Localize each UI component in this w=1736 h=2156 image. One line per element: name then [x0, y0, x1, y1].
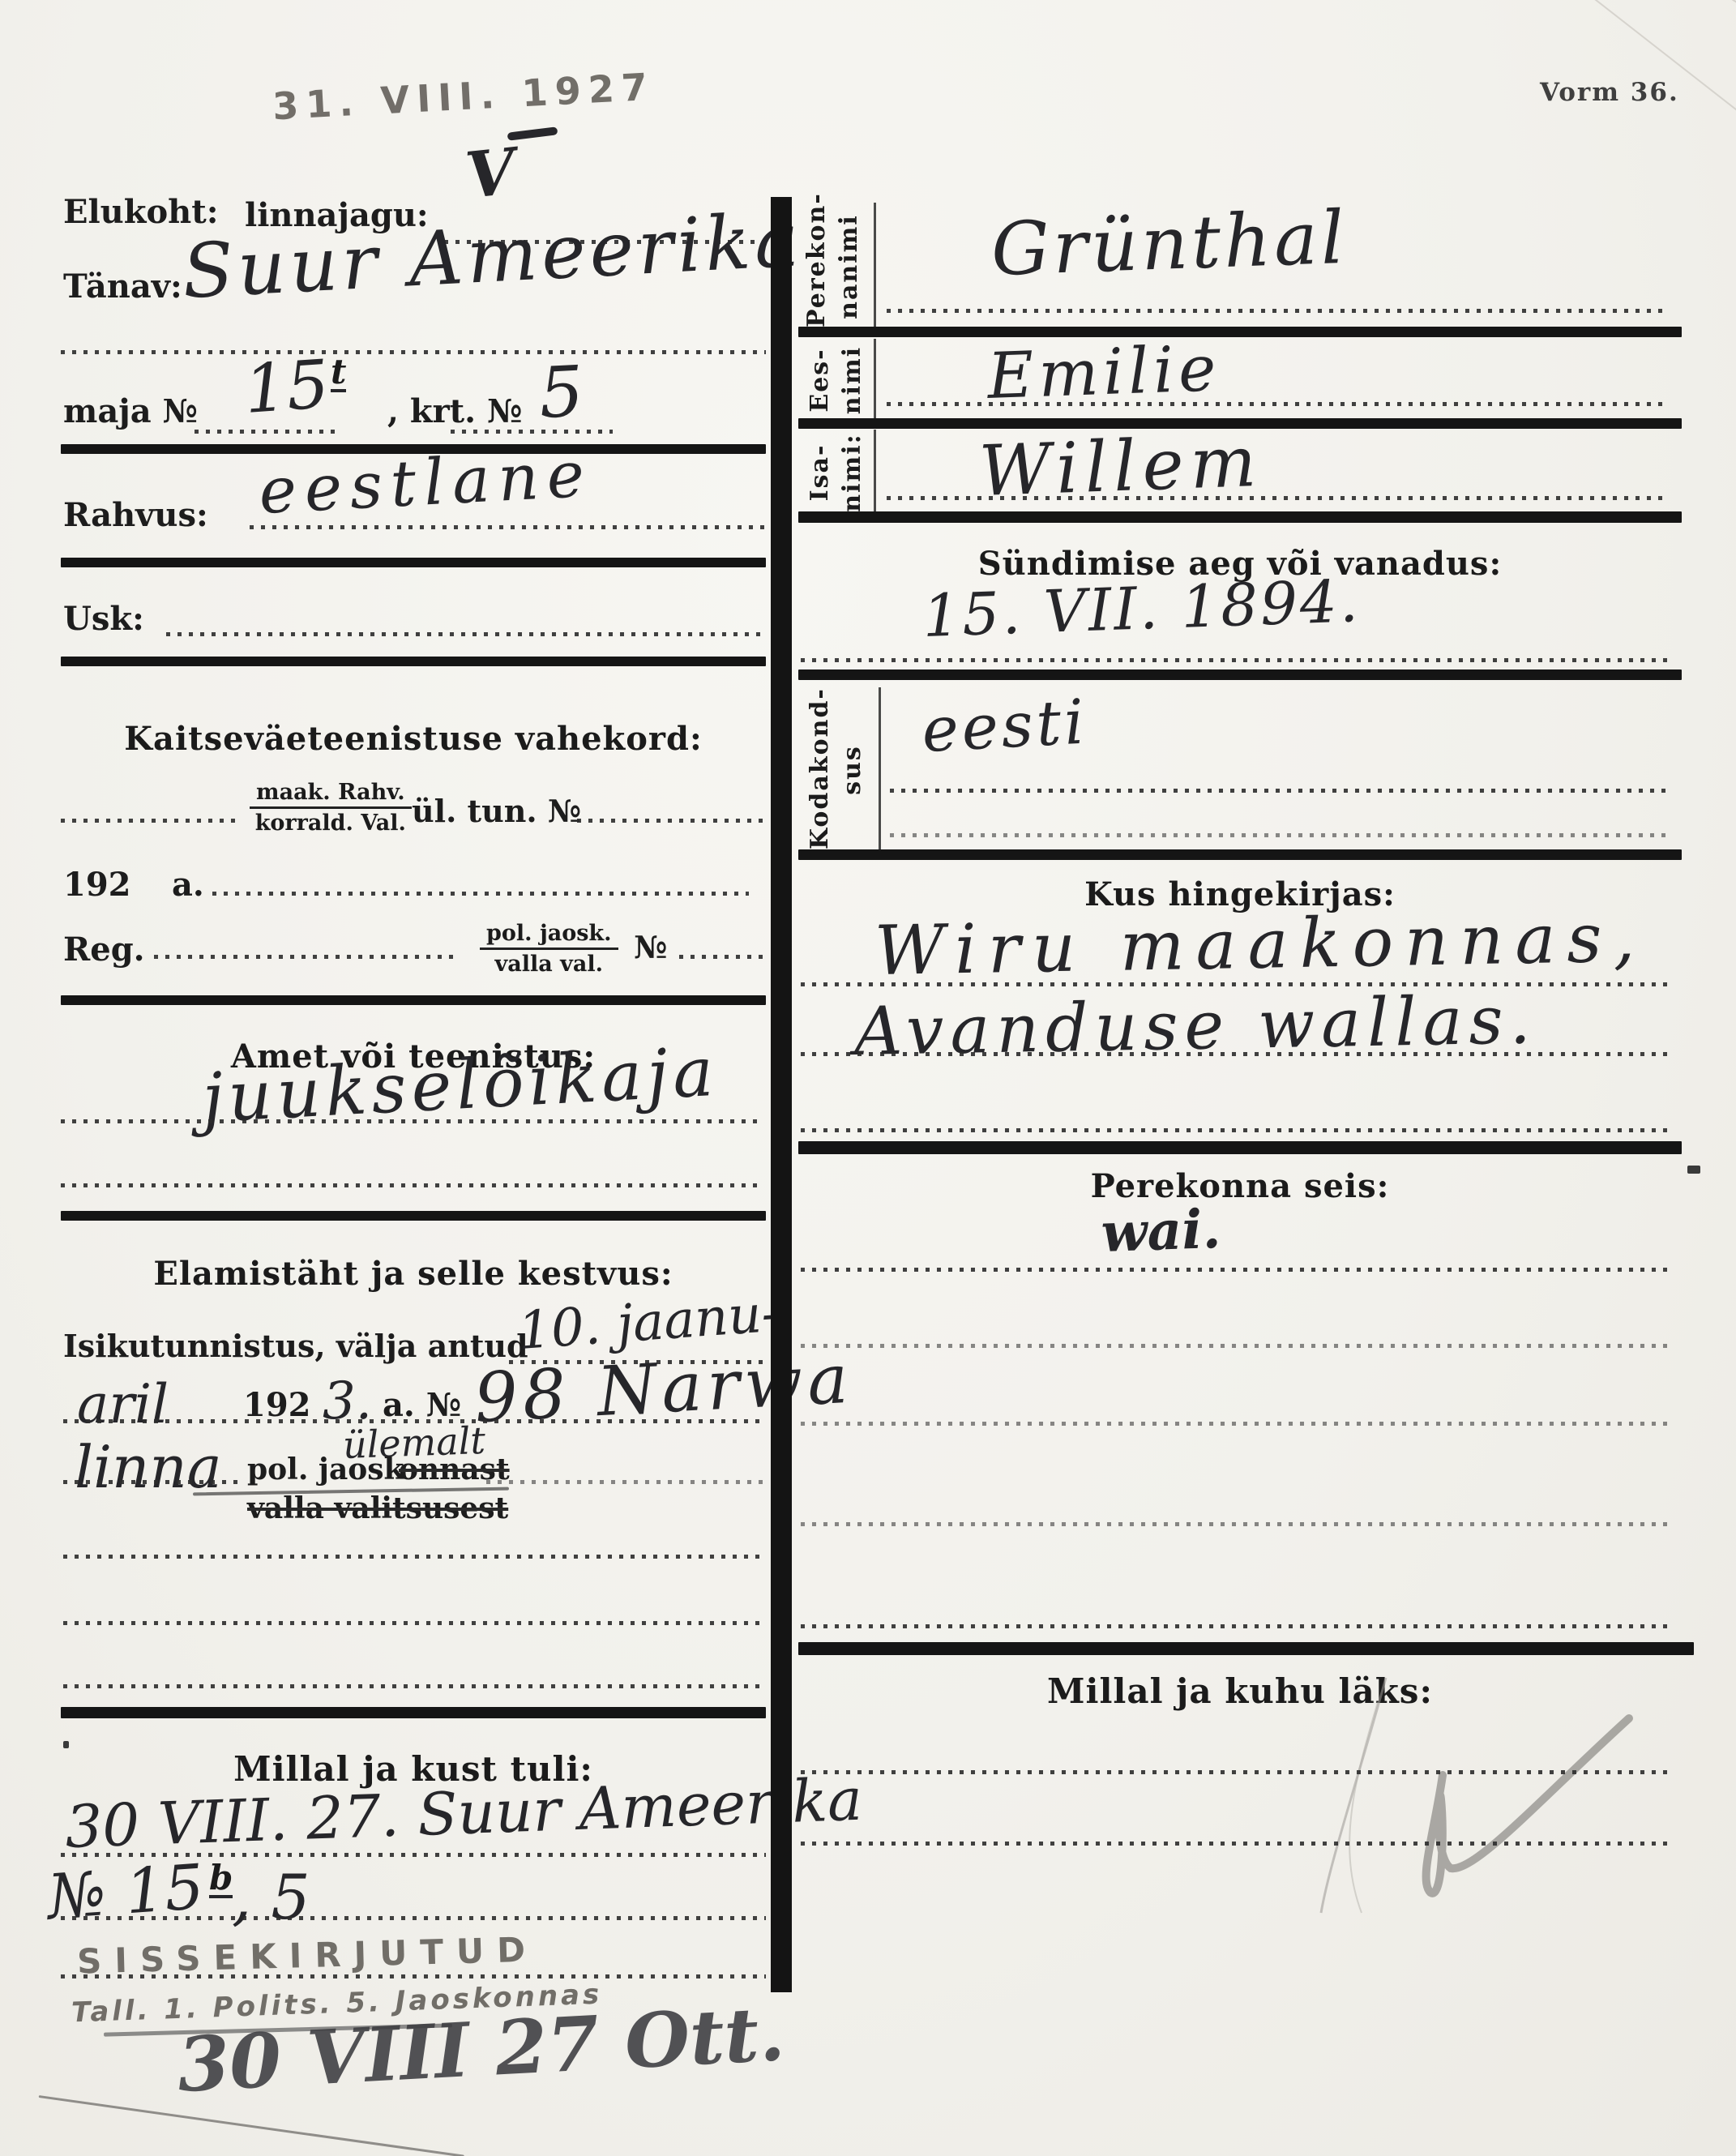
- hingekirjas-value-1: Wiru maakonnas,: [874, 897, 1647, 990]
- dotted-line: [486, 1480, 766, 1484]
- label-rule: [879, 687, 881, 853]
- dotted-line: [63, 1621, 766, 1625]
- label-rule: [874, 203, 876, 331]
- maja-number-value: 15: [242, 346, 331, 429]
- sissekirjutud-stamp: SISSEKIRJUTUD: [76, 1930, 538, 1982]
- isiku-a-label: a. №: [383, 1386, 461, 1424]
- dotted-line: [801, 1522, 1668, 1526]
- dotted-line: [801, 1128, 1668, 1132]
- form-number: Vorm 36.: [1540, 78, 1679, 107]
- perekonnanimi-label: Perekon- nanimi: [801, 206, 866, 327]
- ul-tun-label: ül. tun. №: [412, 793, 581, 829]
- dotted-line: [890, 789, 1666, 793]
- section-rule: [61, 1707, 766, 1718]
- tuli-value-2-sup: b: [209, 1861, 233, 1898]
- eesnimi-label-line1: Ees-: [806, 348, 834, 412]
- maja-number-sup: t: [331, 355, 346, 392]
- dotted-line: [801, 1422, 1668, 1426]
- reg-no-sign: №: [634, 929, 667, 965]
- pencil-scribble: [1175, 1670, 1694, 1929]
- dotted-line: [801, 1770, 1671, 1774]
- dotted-line: [212, 892, 749, 896]
- fraction-top: pol. jaosk.: [480, 921, 618, 950]
- dotted-line: [61, 1916, 766, 1920]
- reg-label: Reg.: [63, 930, 145, 969]
- dotted-line: [154, 955, 454, 959]
- valla-struck: valla valitsusest: [247, 1491, 508, 1525]
- fraction-bottom: valla val.: [495, 950, 603, 977]
- dotted-line: [801, 982, 1668, 986]
- section-rule: [61, 995, 766, 1005]
- dotted-line: [250, 525, 766, 529]
- dotted-line: [61, 1974, 766, 1978]
- fraction-top: maak. Rahv.: [250, 780, 412, 809]
- tuli-value-2: № 15: [45, 1850, 207, 1933]
- dotted-line: [61, 1119, 762, 1123]
- dotted-line: [887, 309, 1666, 313]
- section-rule: [61, 1211, 766, 1221]
- row-rule: [798, 1141, 1682, 1154]
- fraction-bottom: korrald. Val.: [255, 809, 406, 836]
- isanimi-label-line1: Isa-: [806, 444, 834, 502]
- dotted-line: [801, 1344, 1668, 1348]
- elukoht-label: Elukoht:: [63, 193, 218, 231]
- pol-jaosk-printed: pol. jaosk: [247, 1452, 404, 1487]
- maak-rahv-fraction: maak. Rahv. korrald. Val.: [250, 780, 412, 836]
- year-printed: 192: [63, 866, 131, 904]
- isiku-year-printed: 192: [243, 1386, 311, 1424]
- perekonnanimi-value: Grünthal: [990, 195, 1349, 293]
- handwritten-dash: [507, 126, 558, 140]
- isiku-date-value-2: aril: [77, 1373, 169, 1435]
- date-stamp: 31. VIII. 1927: [272, 65, 656, 129]
- isiku-town-value: linna: [75, 1433, 222, 1501]
- dotted-line: [801, 1842, 1671, 1846]
- kodakondsus-label-line1: Kodakond-: [806, 687, 834, 849]
- row-rule: [798, 511, 1682, 523]
- dotted-line: [166, 632, 766, 636]
- kodakondsus-label: Kodakond- sus: [804, 691, 869, 849]
- eesnimi-label: Ees- nimi: [804, 340, 869, 420]
- dotted-line: [679, 955, 765, 959]
- usk-label: Usk:: [63, 600, 144, 638]
- label-rule: [874, 339, 876, 420]
- maja-label: maja №: [63, 392, 198, 430]
- krt-number-value: 5: [537, 351, 586, 434]
- year-a-label: a.: [172, 866, 204, 904]
- section-rule: [61, 657, 766, 666]
- dotted-line: [63, 1555, 766, 1559]
- seis-value: wai.: [1100, 1197, 1221, 1264]
- kodakondsus-label-line2: sus: [838, 745, 866, 795]
- row-rule: [798, 849, 1682, 860]
- isanimi-label-line2: nimi:: [838, 433, 866, 511]
- elamistaht-heading: Elamistäht ja selle kestvus:: [61, 1255, 766, 1293]
- sundimise-value: 15. VII. 1894.: [921, 567, 1362, 650]
- eesnimi-value: Emilie: [986, 332, 1222, 413]
- section-rule: [61, 558, 766, 567]
- krt-label: , krt. №: [387, 392, 522, 430]
- dotted-line: [451, 430, 613, 434]
- dotted-line: [63, 1480, 243, 1484]
- dotted-line: [801, 1052, 1668, 1056]
- perekonnanimi-label-line2: nanimi: [835, 214, 863, 319]
- hingekirjas-value-2: Avanduse wallas.: [853, 982, 1537, 1071]
- isiku-label: Isikutunnistus, välja antud: [63, 1328, 528, 1364]
- dotted-line: [887, 496, 1666, 500]
- linnajagu-value: V: [462, 135, 519, 213]
- dotted-line: [195, 430, 340, 434]
- tuli-value-2-rest: , 5: [232, 1861, 310, 1933]
- dotted-line: [887, 402, 1666, 406]
- isanimi-label: Isa- nimi:: [804, 431, 869, 514]
- kodakondsus-value: eesti: [920, 685, 1088, 766]
- seis-heading: Perekonna seis:: [798, 1167, 1682, 1205]
- row-rule: [798, 327, 1682, 337]
- dotted-line: [801, 658, 1668, 662]
- kaitse-heading: Kaitseväeteenistuse vahekord:: [61, 720, 766, 758]
- eesnimi-label-line2: nimi: [838, 346, 866, 414]
- scanned-registration-card: Vorm 36. 31. VIII. 1927 V Elukoht: linna…: [0, 0, 1736, 2156]
- dotted-line: [801, 1624, 1668, 1628]
- row-rule: [798, 1642, 1694, 1655]
- tanav-label: Tänav:: [63, 267, 182, 306]
- pol-jaosk-fraction: pol. jaosk. valla val.: [480, 921, 618, 977]
- ink-speck: [63, 1741, 69, 1748]
- dotted-line: [61, 819, 235, 823]
- label-rule: [874, 430, 876, 514]
- paper-crease: [1632, 0, 1736, 68]
- ink-speck: [1687, 1166, 1700, 1174]
- column-divider: [771, 197, 792, 1992]
- perekonnanimi-label-line1: Perekon-: [802, 192, 831, 327]
- dotted-line: [63, 1684, 766, 1688]
- row-rule: [798, 669, 1682, 680]
- rahvus-label: Rahvus:: [63, 496, 208, 534]
- dotted-line: [890, 833, 1666, 837]
- dotted-line: [577, 819, 766, 823]
- dotted-line: [61, 350, 766, 354]
- dotted-line: [801, 1268, 1668, 1272]
- dotted-line: [61, 1183, 762, 1187]
